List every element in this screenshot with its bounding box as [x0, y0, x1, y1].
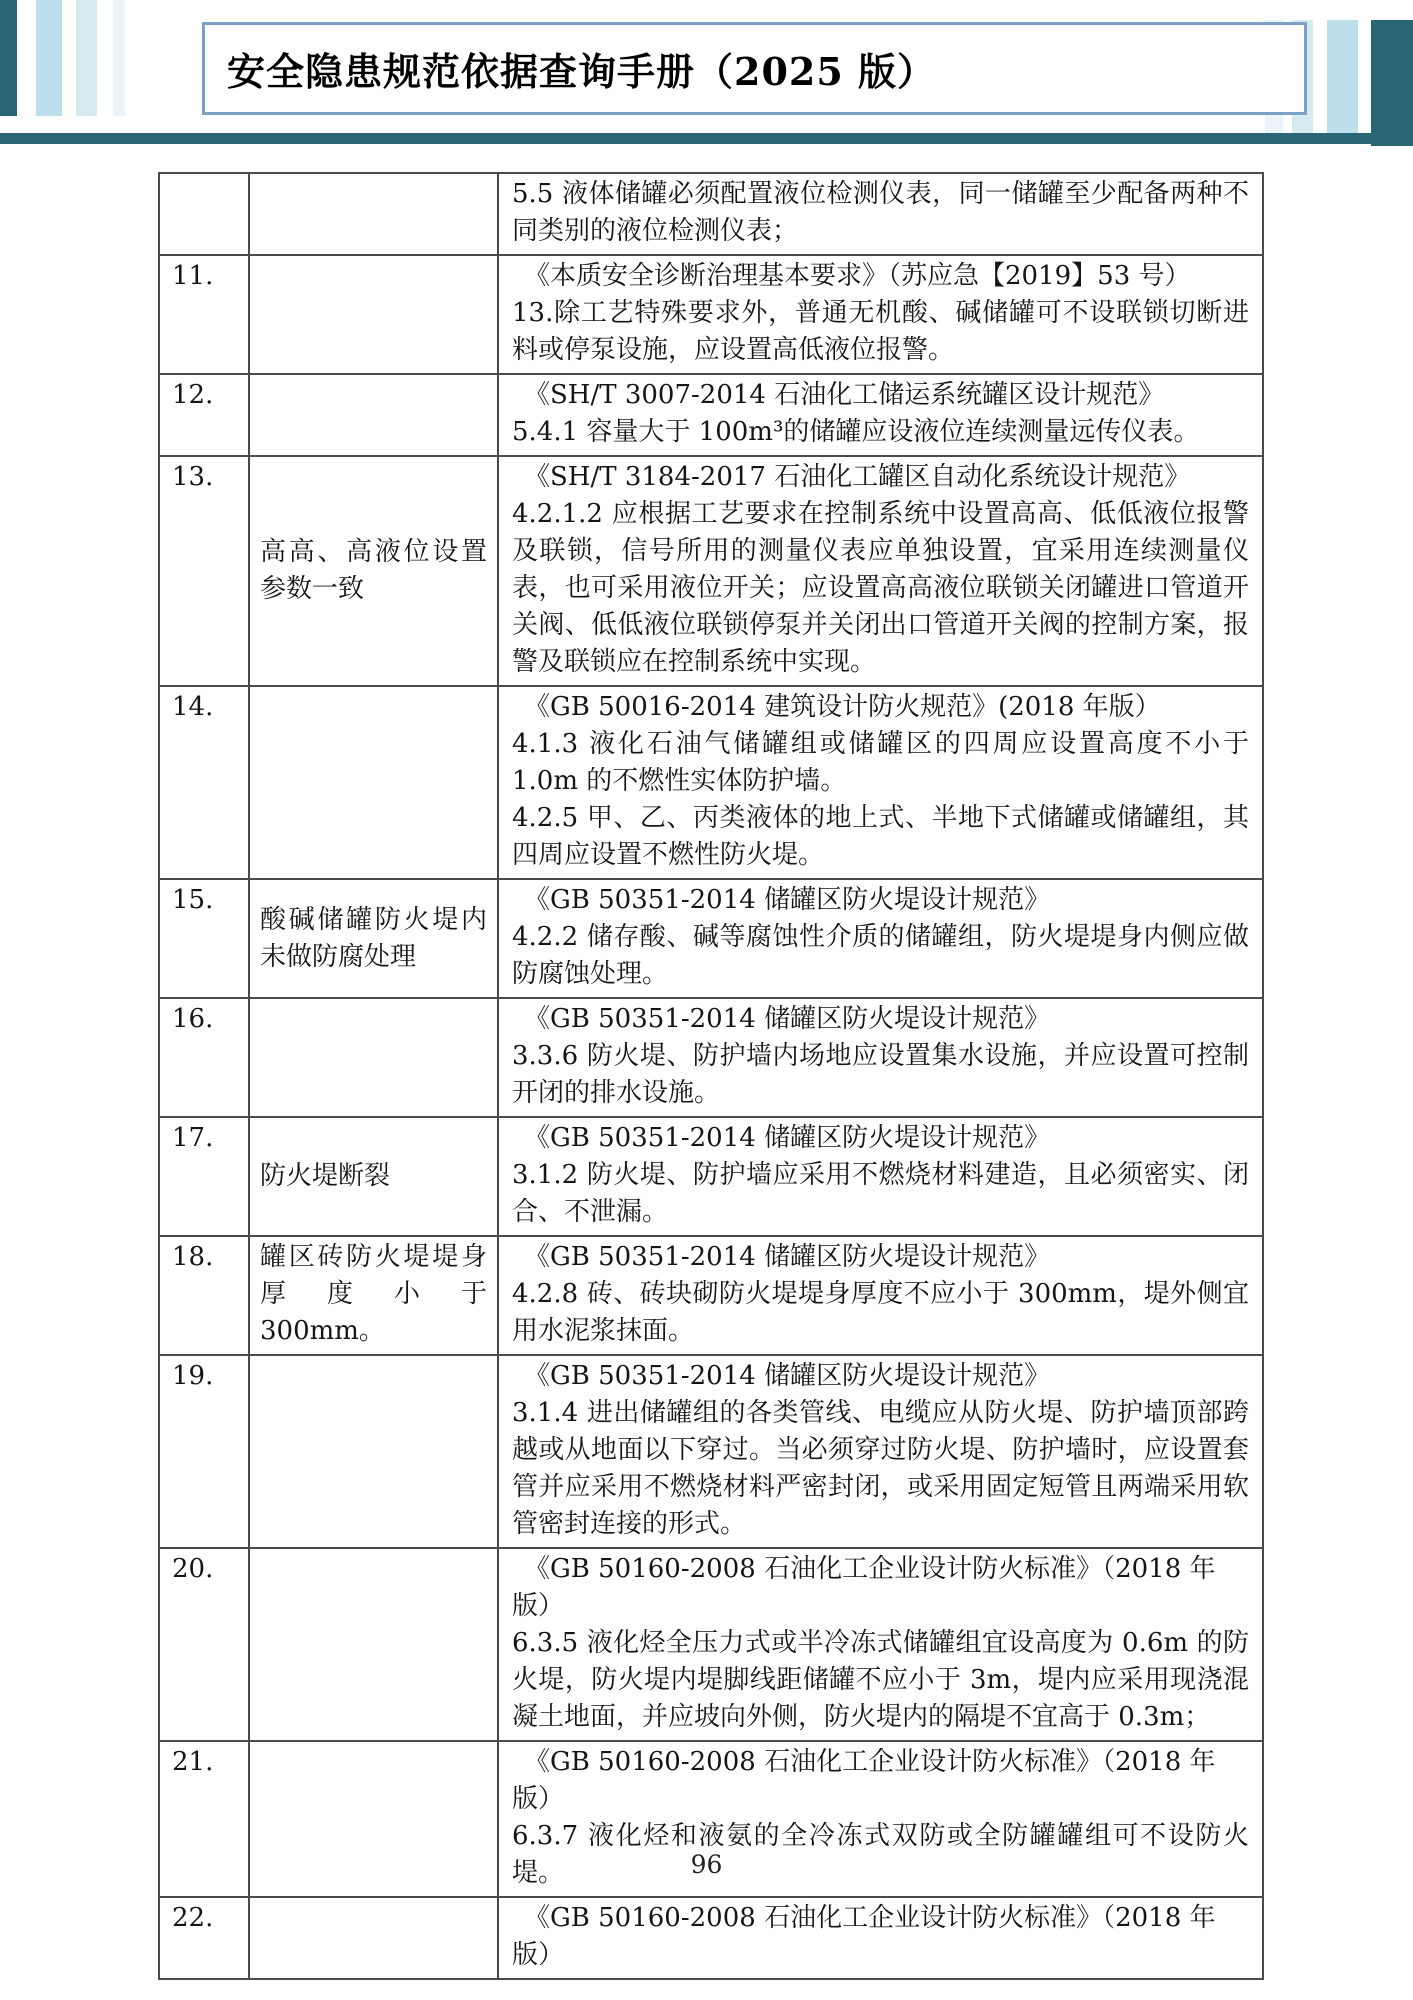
- left-accent-bar-light-3: [113, 0, 125, 116]
- left-accent-bar-light-2: [76, 0, 97, 116]
- document-page: 安全隐患规范依据查询手册（2025 版） 5.5 液体储罐必须配置液位检测仪表，…: [0, 0, 1413, 2000]
- regulation-clause: 3.1.2 防火堤、防护墙应采用不燃烧材料建造，且必须密实、闭合、不泄漏。: [512, 1157, 1249, 1231]
- table-row: 14.《GB 50016-2014 建筑设计防火规范》(2018 年版）4.1.…: [159, 686, 1263, 879]
- regulation-clause: 5.5 液体储罐必须配置液位检测仪表，同一储罐至少配备两种不同类别的液位检测仪表…: [512, 176, 1249, 250]
- regulation-text-cell: 《GB 50351-2014 储罐区防火堤设计规范》4.2.8 砖、砖块砌防火堤…: [498, 1236, 1263, 1355]
- table-row: 5.5 液体储罐必须配置液位检测仪表，同一储罐至少配备两种不同类别的液位检测仪表…: [159, 173, 1263, 255]
- hazard-category-cell: [249, 998, 498, 1117]
- table-row: 17.防火堤断裂《GB 50351-2014 储罐区防火堤设计规范》3.1.2 …: [159, 1117, 1263, 1236]
- left-accent-bar-dark: [0, 0, 17, 116]
- hazard-category-cell: [249, 1548, 498, 1741]
- regulation-clause: 5.4.1 容量大于 100m³的储罐应设液位连续测量远传仪表。: [512, 414, 1249, 451]
- regulation-title: 《GB 50351-2014 储罐区防火堤设计规范》: [512, 1120, 1249, 1157]
- regulation-text-cell: 5.5 液体储罐必须配置液位检测仪表，同一储罐至少配备两种不同类别的液位检测仪表…: [498, 173, 1263, 255]
- hazard-category-cell: 酸碱储罐防火堤内未做防腐处理: [249, 879, 498, 998]
- regulation-text-cell: 《GB 50351-2014 储罐区防火堤设计规范》3.1.4 进出储罐组的各类…: [498, 1355, 1263, 1548]
- table-row: 18.罐区砖防火堤堤身厚度小于300mm。《GB 50351-2014 储罐区防…: [159, 1236, 1263, 1355]
- page-number: 96: [0, 1850, 1413, 1879]
- regulation-text-cell: 《GB 50351-2014 储罐区防火堤设计规范》4.2.2 储存酸、碱等腐蚀…: [498, 879, 1263, 998]
- regulation-clause: 4.2.2 储存酸、碱等腐蚀性介质的储罐组，防火堤堤身内侧应做防腐蚀处理。: [512, 919, 1249, 993]
- row-number-cell: 19.: [159, 1355, 249, 1548]
- regulation-title: 《本质安全诊断治理基本要求》（苏应急【2019】53 号）: [512, 258, 1249, 295]
- hazard-category-cell: [249, 173, 498, 255]
- regulation-text-cell: 《SH/T 3184-2017 石油化工罐区自动化系统设计规范》4.2.1.2 …: [498, 456, 1263, 686]
- regulation-text-cell: 《GB 50160-2008 石油化工企业设计防火标准》（2018 年版）6.3…: [498, 1548, 1263, 1741]
- row-number-cell: 20.: [159, 1548, 249, 1741]
- row-number-cell: 11.: [159, 255, 249, 374]
- regulation-text-cell: 《SH/T 3007-2014 石油化工储运系统罐区设计规范》5.4.1 容量大…: [498, 374, 1263, 456]
- table-row: 22.《GB 50160-2008 石油化工企业设计防火标准》（2018 年版）: [159, 1897, 1263, 1979]
- table-row: 15.酸碱储罐防火堤内未做防腐处理《GB 50351-2014 储罐区防火堤设计…: [159, 879, 1263, 998]
- table-row: 12.《SH/T 3007-2014 石油化工储运系统罐区设计规范》5.4.1 …: [159, 374, 1263, 456]
- row-number-cell: 18.: [159, 1236, 249, 1355]
- regulation-text-cell: 《GB 50351-2014 储罐区防火堤设计规范》3.3.6 防火堤、防护墙内…: [498, 998, 1263, 1117]
- regulation-clause: 3.1.4 进出储罐组的各类管线、电缆应从防火堤、防护墙顶部跨 越或从地面以下穿…: [512, 1395, 1249, 1543]
- regulation-title: 《GB 50351-2014 储罐区防火堤设计规范》: [512, 1358, 1249, 1395]
- right-accent-bar-light-1: [1327, 20, 1358, 138]
- regulation-clause: 13.除工艺特殊要求外，普通无机酸、碱储罐可不设联锁切断进料或停泵设施，应设置高…: [512, 295, 1249, 369]
- regulation-title: 《GB 50351-2014 储罐区防火堤设计规范》: [512, 882, 1249, 919]
- regulation-clause: 4.1.3 液化石油气储罐组或储罐区的四周应设置高度不小于 1.0m 的不燃性实…: [512, 726, 1249, 800]
- hazard-category-cell: [249, 1897, 498, 1979]
- table-row: 11.《本质安全诊断治理基本要求》（苏应急【2019】53 号）13.除工艺特殊…: [159, 255, 1263, 374]
- row-number-cell: 13.: [159, 456, 249, 686]
- regulation-title: 《GB 50160-2008 石油化工企业设计防火标准》（2018 年版）: [512, 1551, 1249, 1625]
- row-number-cell: 12.: [159, 374, 249, 456]
- regulation-clause: 4.2.1.2 应根据工艺要求在控制系统中设置高高、低低液位报警及联锁，信号所用…: [512, 496, 1249, 681]
- row-number-cell: 22.: [159, 1897, 249, 1979]
- regulation-title: 《GB 50351-2014 储罐区防火堤设计规范》: [512, 1239, 1249, 1276]
- row-number-cell: 15.: [159, 879, 249, 998]
- regulations-table: 5.5 液体储罐必须配置液位检测仪表，同一储罐至少配备两种不同类别的液位检测仪表…: [158, 172, 1264, 1980]
- regulations-table-body: 5.5 液体储罐必须配置液位检测仪表，同一储罐至少配备两种不同类别的液位检测仪表…: [159, 173, 1263, 1979]
- hazard-category-cell: 罐区砖防火堤堤身厚度小于300mm。: [249, 1236, 498, 1355]
- regulation-clause: 4.2.5 甲、乙、丙类液体的地上式、半地下式储罐或储罐组，其四周应设置不燃性防…: [512, 800, 1249, 874]
- right-accent-bar-dark: [1371, 20, 1413, 146]
- hazard-category-cell: [249, 1355, 498, 1548]
- hazard-category-cell: 高高、高液位设置参数一致: [249, 456, 498, 686]
- regulation-title: 《GB 50016-2014 建筑设计防火规范》(2018 年版）: [512, 689, 1249, 726]
- header-rule: [0, 133, 1413, 144]
- page-header-title-box: 安全隐患规范依据查询手册（2025 版）: [202, 22, 1307, 115]
- table-row: 20.《GB 50160-2008 石油化工企业设计防火标准》（2018 年版）…: [159, 1548, 1263, 1741]
- regulation-title: 《GB 50160-2008 石油化工企业设计防火标准》（2018 年版）: [512, 1744, 1249, 1818]
- table-row: 19.《GB 50351-2014 储罐区防火堤设计规范》3.1.4 进出储罐组…: [159, 1355, 1263, 1548]
- table-row: 16.《GB 50351-2014 储罐区防火堤设计规范》3.3.6 防火堤、防…: [159, 998, 1263, 1117]
- row-number-cell: 14.: [159, 686, 249, 879]
- regulation-clause: 3.3.6 防火堤、防护墙内场地应设置集水设施，并应设置可控制开闭的排水设施。: [512, 1038, 1249, 1112]
- left-accent-bar-light-1: [36, 0, 62, 116]
- hazard-category-cell: [249, 374, 498, 456]
- manual-title: 安全隐患规范依据查询手册（2025 版）: [205, 41, 936, 96]
- regulation-text-cell: 《GB 50016-2014 建筑设计防火规范》(2018 年版）4.1.3 液…: [498, 686, 1263, 879]
- regulation-text-cell: 《GB 50160-2008 石油化工企业设计防火标准》（2018 年版）: [498, 1897, 1263, 1979]
- regulation-title: 《SH/T 3184-2017 石油化工罐区自动化系统设计规范》: [512, 459, 1249, 496]
- regulation-text-cell: 《本质安全诊断治理基本要求》（苏应急【2019】53 号）13.除工艺特殊要求外…: [498, 255, 1263, 374]
- regulation-clause: 4.2.8 砖、砖块砌防火堤堤身厚度不应小于 300mm，堤外侧宜用水泥浆抹面。: [512, 1276, 1249, 1350]
- row-number-cell: [159, 173, 249, 255]
- row-number-cell: 16.: [159, 998, 249, 1117]
- regulation-title: 《GB 50160-2008 石油化工企业设计防火标准》（2018 年版）: [512, 1900, 1249, 1974]
- row-number-cell: 17.: [159, 1117, 249, 1236]
- regulation-title: 《SH/T 3007-2014 石油化工储运系统罐区设计规范》: [512, 377, 1249, 414]
- regulation-clause: 6.3.5 液化烃全压力式或半冷冻式储罐组宜设高度为 0.6m 的防火堤，防火堤…: [512, 1625, 1249, 1736]
- hazard-category-cell: 防火堤断裂: [249, 1117, 498, 1236]
- regulation-text-cell: 《GB 50351-2014 储罐区防火堤设计规范》3.1.2 防火堤、防护墙应…: [498, 1117, 1263, 1236]
- regulation-title: 《GB 50351-2014 储罐区防火堤设计规范》: [512, 1001, 1249, 1038]
- hazard-category-cell: [249, 255, 498, 374]
- table-row: 13.高高、高液位设置参数一致《SH/T 3184-2017 石油化工罐区自动化…: [159, 456, 1263, 686]
- hazard-category-cell: [249, 686, 498, 879]
